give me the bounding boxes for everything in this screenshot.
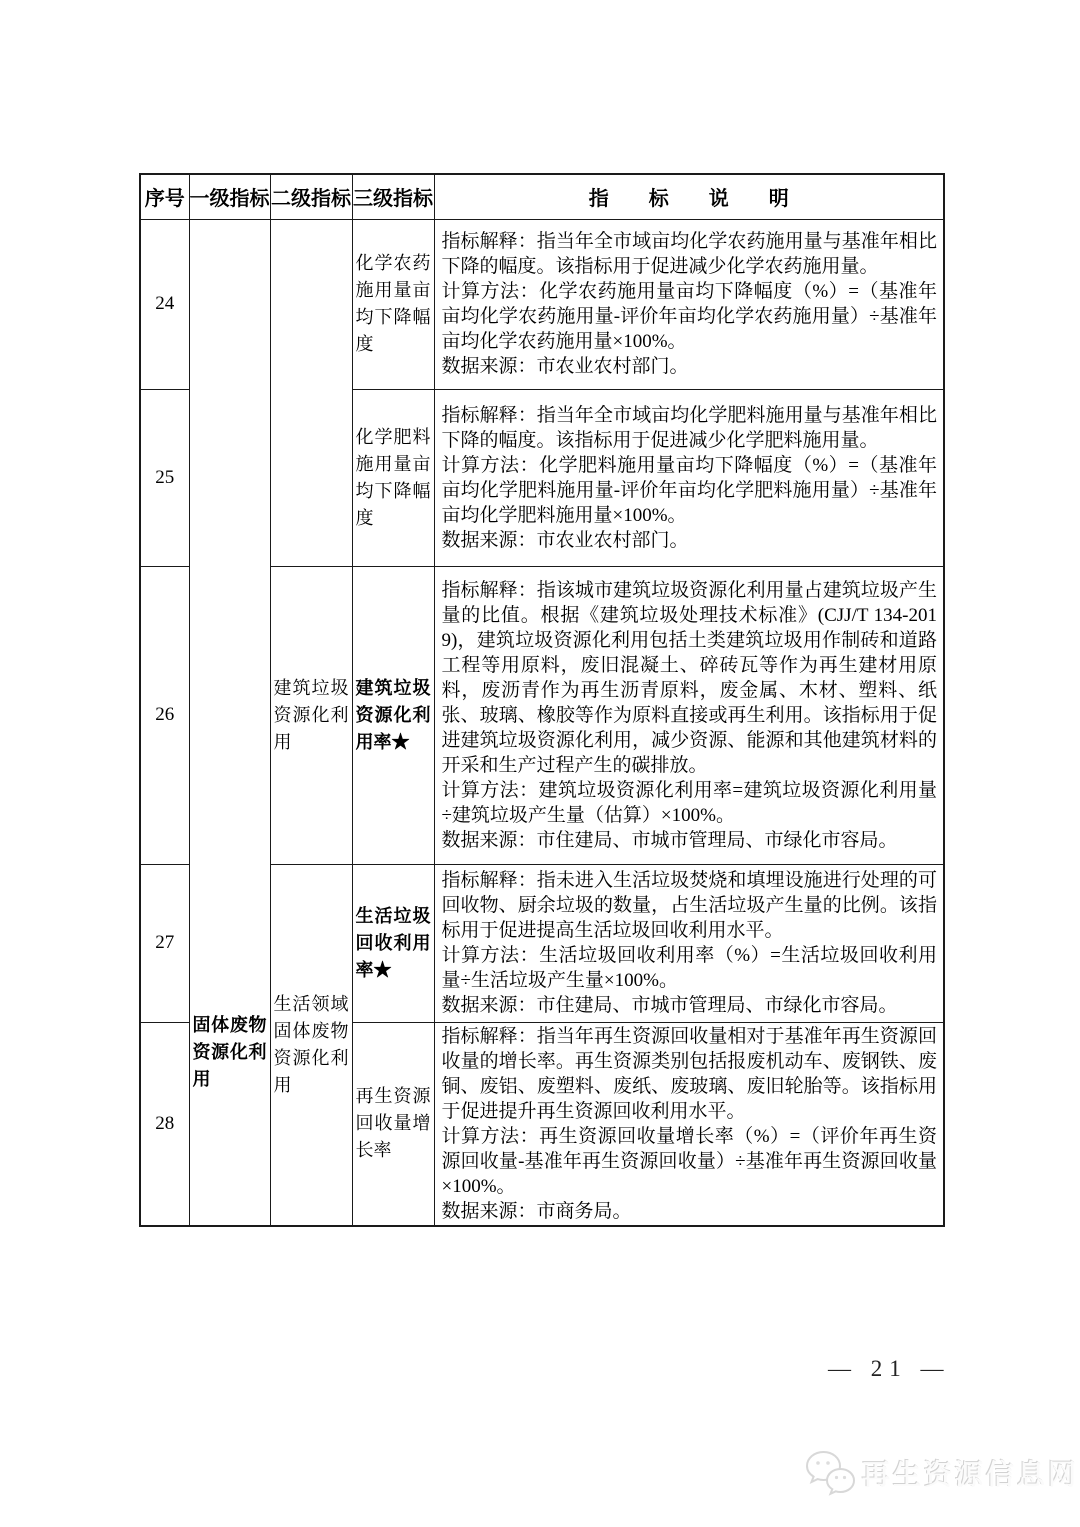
table-row: 24 固体废物资源化利用 化学农药施用量亩均下降幅度 指标解释：指当年全市域亩均… <box>140 219 944 389</box>
seq-cell: 27 <box>140 864 189 1022</box>
seq-cell: 26 <box>140 566 189 864</box>
level3-indicator-cell: 建筑垃圾资源化利用率★ <box>352 566 434 864</box>
header-level3: 三级指标 <box>352 174 434 219</box>
level1-indicator-cell: 固体废物资源化利用 <box>189 219 270 1226</box>
desc-paragraph: 计算方法：化学肥料施用量亩均下降幅度（%）=（基准年亩均化学肥料施用量-评价年亩… <box>442 453 938 528</box>
header-level2: 二级指标 <box>270 174 352 219</box>
indicator-table: 序号 一级指标 二级指标 三级指标 指 标 说 明 24 固体废物资源化利用 化… <box>139 173 945 1227</box>
desc-paragraph: 指标解释：指未进入生活垃圾焚烧和填埋设施进行处理的可回收物、厨余垃圾的数量，占生… <box>442 868 938 943</box>
description-cell: 指标解释：指当年全市域亩均化学肥料施用量与基准年相比下降的幅度。该指标用于促进减… <box>434 389 944 566</box>
level2-indicator-cell: 生活领域固体废物资源化利用 <box>270 864 352 1226</box>
desc-paragraph: 指标解释：指该城市建筑垃圾资源化利用量占建筑垃圾产生量的比值。根据《建筑垃圾处理… <box>442 578 938 778</box>
seq-cell: 24 <box>140 219 189 389</box>
desc-paragraph: 数据来源：市住建局、市城市管理局、市绿化市容局。 <box>442 993 938 1018</box>
watermark: 再生资源信息网 <box>804 1450 1079 1496</box>
description-cell: 指标解释：指当年全市域亩均化学农药施用量与基准年相比下降的幅度。该指标用于促进减… <box>434 219 944 389</box>
description-cell: 指标解释：指当年再生资源回收量相对于基准年再生资源回收量的增长率。再生资源类别包… <box>434 1022 944 1226</box>
level2-indicator-cell: 建筑垃圾资源化利用 <box>270 566 352 864</box>
document-page: 序号 一级指标 二级指标 三级指标 指 标 说 明 24 固体废物资源化利用 化… <box>0 0 1080 1527</box>
level3-indicator-cell: 生活垃圾回收利用率★ <box>352 864 434 1022</box>
desc-paragraph: 指标解释：指当年再生资源回收量相对于基准年再生资源回收量的增长率。再生资源类别包… <box>442 1024 938 1124</box>
desc-paragraph: 数据来源：市商务局。 <box>442 1199 938 1224</box>
level2-indicator-cell-continued <box>270 219 352 566</box>
desc-paragraph: 计算方法：化学农药施用量亩均下降幅度（%）=（基准年亩均化学农药施用量-评价年亩… <box>442 279 938 354</box>
header-seq: 序号 <box>140 174 189 219</box>
level3-indicator-cell: 化学农药施用量亩均下降幅度 <box>352 219 434 389</box>
table-header-row: 序号 一级指标 二级指标 三级指标 指 标 说 明 <box>140 174 944 219</box>
desc-paragraph: 数据来源：市农业农村部门。 <box>442 354 938 379</box>
desc-paragraph: 计算方法：再生资源回收量增长率（%）=（评价年再生资源回收量-基准年再生资源回收… <box>442 1124 938 1199</box>
wechat-bubbles-icon <box>804 1450 856 1496</box>
desc-paragraph: 计算方法：建筑垃圾资源化利用率=建筑垃圾资源化利用量÷建筑垃圾产生量（估算）×1… <box>442 778 938 828</box>
desc-paragraph: 数据来源：市农业农村部门。 <box>442 528 938 553</box>
description-cell: 指标解释：指该城市建筑垃圾资源化利用量占建筑垃圾产生量的比值。根据《建筑垃圾处理… <box>434 566 944 864</box>
desc-paragraph: 指标解释：指当年全市域亩均化学肥料施用量与基准年相比下降的幅度。该指标用于促进减… <box>442 403 938 453</box>
level3-indicator-cell: 化学肥料施用量亩均下降幅度 <box>352 389 434 566</box>
header-level1: 一级指标 <box>189 174 270 219</box>
desc-paragraph: 指标解释：指当年全市域亩均化学农药施用量与基准年相比下降的幅度。该指标用于促进减… <box>442 229 938 279</box>
seq-cell: 25 <box>140 389 189 566</box>
watermark-text: 再生资源信息网 <box>862 1453 1079 1493</box>
level3-indicator-cell: 再生资源回收量增长率 <box>352 1022 434 1226</box>
seq-cell: 28 <box>140 1022 189 1226</box>
desc-paragraph: 计算方法：生活垃圾回收利用率（%）=生活垃圾回收利用量÷生活垃圾产生量×100%… <box>442 943 938 993</box>
desc-paragraph: 数据来源：市住建局、市城市管理局、市绿化市容局。 <box>442 828 938 853</box>
page-number: — 21 — <box>828 1356 951 1382</box>
header-description: 指 标 说 明 <box>434 174 944 219</box>
description-cell: 指标解释：指未进入生活垃圾焚烧和填埋设施进行处理的可回收物、厨余垃圾的数量，占生… <box>434 864 944 1022</box>
